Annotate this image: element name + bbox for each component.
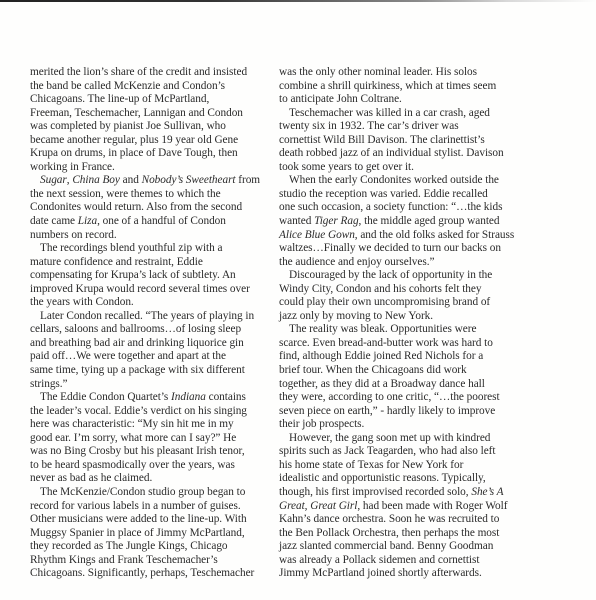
text-run: contains xyxy=(206,391,246,403)
text-run: , had been made with Roger Wolf xyxy=(357,500,507,512)
text-line: could play their own uncompromising bran… xyxy=(279,296,549,310)
text-line: waltzes…Finally we decided to turn our b… xyxy=(279,242,549,256)
text-run: , the middle aged group wanted xyxy=(359,215,500,227)
text-run: from xyxy=(236,174,261,186)
italic-title: Indiana xyxy=(171,391,206,403)
text-line: good ear. I’m sorry, what more can I say… xyxy=(30,432,270,446)
text-run: their job prospects. xyxy=(279,418,364,430)
text-run: Muggsy Spanier in place of Jimmy McPartl… xyxy=(30,527,245,539)
text-run: the next session, were themes to which t… xyxy=(30,188,221,200)
text-run: When the early Condonites worked outside… xyxy=(289,174,499,186)
text-line: Kahn’s dance orchestra. Soon he was recr… xyxy=(279,513,549,527)
text-line: mature confidence and restraint, Eddie xyxy=(30,256,270,270)
text-line: to be heard spasmodically over the years… xyxy=(30,459,270,473)
text-line: The reality was bleak. Opportunities wer… xyxy=(279,323,549,337)
paragraph: However, the gang soon met up with kindr… xyxy=(279,432,549,581)
text-column-right: was the only other nominal leader. His s… xyxy=(279,66,549,581)
text-line: the leader’s vocal. Eddie’s verdict on h… xyxy=(30,405,270,419)
text-run: strings.” xyxy=(30,378,68,390)
text-run: jazz only by moving to New York. xyxy=(279,310,433,322)
paragraph: merited the lion’s share of the credit a… xyxy=(30,66,270,174)
text-column-left: merited the lion’s share of the credit a… xyxy=(30,66,270,581)
text-line: merited the lion’s share of the credit a… xyxy=(30,66,270,80)
text-line: was no Bing Crosby but his pleasant Iris… xyxy=(30,445,270,459)
text-run: here was characteristic: “My sin hit me … xyxy=(30,418,234,430)
paragraph: Discouraged by the lack of opportunity i… xyxy=(279,269,549,323)
text-line: Great, Great Girl, had been made with Ro… xyxy=(279,500,549,514)
text-line: Chicagoans. The line-up of McPartland, xyxy=(30,93,270,107)
text-line: Krupa on drums, in place of Dave Tough, … xyxy=(30,147,270,161)
italic-title: Nobody’s Sweetheart xyxy=(142,174,236,186)
text-run: find, although Eddie joined Red Nichols … xyxy=(279,350,483,362)
text-line: Other musicians were added to the line-u… xyxy=(30,513,270,527)
text-line: jazz only by moving to New York. xyxy=(279,310,549,324)
text-line: one such occasion, a society function: “… xyxy=(279,201,549,215)
text-run: Later Condon recalled. “The years of pla… xyxy=(40,310,254,322)
text-run: they recorded as The Jungle Kings, Chica… xyxy=(30,540,228,552)
text-line: Freeman, Teschemacher, Lannigan and Cond… xyxy=(30,107,270,121)
paragraph: Later Condon recalled. “The years of pla… xyxy=(30,310,270,391)
text-line: jazz slanted commercial band. Benny Good… xyxy=(279,540,549,554)
text-line: never as bad as he claimed. xyxy=(30,472,270,486)
text-line: working in France. xyxy=(30,161,270,175)
text-run: The reality was bleak. Opportunities wer… xyxy=(289,323,476,335)
paragraph: Sugar, China Boy and Nobody’s Sweetheart… xyxy=(30,174,270,242)
text-line: The McKenzie/Condon studio group began t… xyxy=(30,486,270,500)
text-run: paid off…We were together and apart at t… xyxy=(30,350,226,362)
text-run: Condonites would return. Also from the s… xyxy=(30,201,242,213)
text-run: his home state of Texas for New York for xyxy=(279,459,463,471)
text-run: Rhythm Kings and Frank Teschemacher’s xyxy=(30,554,218,566)
paragraph: When the early Condonites worked outside… xyxy=(279,174,549,269)
text-run: compensating for Krupa’s lack of subtlet… xyxy=(30,269,236,281)
text-line: spirits such as Jack Teagarden, who had … xyxy=(279,445,549,459)
text-run: The Eddie Condon Quartet’s xyxy=(40,391,171,403)
text-line: Windy City, Condon and his cohorts felt … xyxy=(279,283,549,297)
text-run: merited the lion’s share of the credit a… xyxy=(30,66,247,78)
text-run: Discouraged by the lack of opportunity i… xyxy=(289,269,492,281)
text-line: brief tour. When the Chicagoans did work xyxy=(279,364,549,378)
italic-title: Sugar xyxy=(40,174,67,186)
text-line: idealistic and opportunistic reasons. Ty… xyxy=(279,472,549,486)
text-line: combine a shrill quirkiness, which at ti… xyxy=(279,80,549,94)
text-line: here was characteristic: “My sin hit me … xyxy=(30,418,270,432)
text-line: However, the gang soon met up with kindr… xyxy=(279,432,549,446)
text-line: cellars, saloons and ballrooms…of losing… xyxy=(30,323,270,337)
text-line: the next session, were themes to which t… xyxy=(30,188,270,202)
text-run: The McKenzie/Condon studio group began t… xyxy=(40,486,245,498)
paragraph: was the only other nominal leader. His s… xyxy=(279,66,549,107)
text-line: they recorded as The Jungle Kings, Chica… xyxy=(30,540,270,554)
text-run: cellars, saloons and ballrooms…of losing… xyxy=(30,323,241,335)
text-run: they were, according to one critic, “…th… xyxy=(279,391,500,403)
text-run: Krupa on drums, in place of Dave Tough, … xyxy=(30,147,238,159)
text-line: find, although Eddie joined Red Nichols … xyxy=(279,350,549,364)
text-run: Jimmy McPartland joined shortly afterwar… xyxy=(279,567,482,579)
paragraph: The reality was bleak. Opportunities wer… xyxy=(279,323,549,431)
text-run: scarce. Even bread-and-butter work was h… xyxy=(279,337,493,349)
text-line: numbers on record. xyxy=(30,229,270,243)
text-line: cornettist Wild Bill Davison. The clarin… xyxy=(279,134,549,148)
text-run: , and the old folks asked for Strauss xyxy=(355,229,514,241)
text-line: Later Condon recalled. “The years of pla… xyxy=(30,310,270,324)
text-line: Discouraged by the lack of opportunity i… xyxy=(279,269,549,283)
text-run: Teschemacher was killed in a car crash, … xyxy=(289,107,490,119)
text-run: together, as they did at a Broadway danc… xyxy=(279,378,485,390)
text-line: Jimmy McPartland joined shortly afterwar… xyxy=(279,567,549,581)
text-run: was already a Pollack sidemen and cornet… xyxy=(279,554,479,566)
italic-title: Tiger Rag xyxy=(314,215,358,227)
text-line: though, his first improvised recorded so… xyxy=(279,486,549,500)
text-run: , one of a handful of Condon xyxy=(97,215,226,227)
text-run: improved Krupa would record several time… xyxy=(30,283,250,295)
text-line: compensating for Krupa’s lack of subtlet… xyxy=(30,269,270,283)
italic-title: She’s A xyxy=(471,486,503,498)
text-run: combine a shrill quirkiness, which at ti… xyxy=(279,80,496,92)
text-run: and breathing bad air and drinking liquo… xyxy=(30,337,244,349)
text-line: to anticipate John Coltrane. xyxy=(279,93,549,107)
paragraph: The McKenzie/Condon studio group began t… xyxy=(30,486,270,581)
text-run: mature confidence and restraint, Eddie xyxy=(30,256,203,268)
text-line: the band be called McKenzie and Condon’s xyxy=(30,80,270,94)
text-run: However, the gang soon met up with kindr… xyxy=(289,432,490,444)
text-run: waltzes…Finally we decided to turn our b… xyxy=(279,242,501,254)
text-line: the years with Condon. xyxy=(30,296,270,310)
text-run: jazz slanted commercial band. Benny Good… xyxy=(279,540,493,552)
paragraph: The Eddie Condon Quartet’s Indiana conta… xyxy=(30,391,270,486)
text-line: and breathing bad air and drinking liquo… xyxy=(30,337,270,351)
text-run: to anticipate John Coltrane. xyxy=(279,93,402,105)
text-line: his home state of Texas for New York for xyxy=(279,459,549,473)
text-line: Alice Blue Gown, and the old folks asked… xyxy=(279,229,549,243)
text-line: was already a Pollack sidemen and cornet… xyxy=(279,554,549,568)
italic-title: China Boy xyxy=(72,174,120,186)
text-run: The recordings blend youthful zip with a xyxy=(40,242,222,254)
text-run: the audience and enjoy ourselves.” xyxy=(279,256,434,268)
text-line: same time, tying up a package with six d… xyxy=(30,364,270,378)
text-run: record for various labels in a number of… xyxy=(30,500,241,512)
text-run: Chicagoans. Significantly, perhaps, Tesc… xyxy=(30,567,254,579)
text-line: studio the reception was varied. Eddie r… xyxy=(279,188,549,202)
text-line: date came Liza, one of a handful of Cond… xyxy=(30,215,270,229)
text-run: idealistic and opportunistic reasons. Ty… xyxy=(279,472,486,484)
text-run: Chicagoans. The line-up of McPartland, xyxy=(30,93,209,105)
text-run: wanted xyxy=(279,215,314,227)
text-run: became another regular, plus 19 year old… xyxy=(30,134,238,146)
text-run: spirits such as Jack Teagarden, who had … xyxy=(279,445,495,457)
text-line: The recordings blend youthful zip with a xyxy=(30,242,270,256)
text-run: the Ben Pollack Orchestra, then perhaps … xyxy=(279,527,499,539)
text-run: same time, tying up a package with six d… xyxy=(30,364,245,376)
text-line: together, as they did at a Broadway danc… xyxy=(279,378,549,392)
text-line: Chicagoans. Significantly, perhaps, Tesc… xyxy=(30,567,270,581)
text-line: was completed by pianist Joe Sullivan, w… xyxy=(30,120,270,134)
text-run: date came xyxy=(30,215,78,227)
text-run: brief tour. When the Chicagoans did work xyxy=(279,364,467,376)
text-run: Other musicians were added to the line-u… xyxy=(30,513,247,525)
text-line: record for various labels in a number of… xyxy=(30,500,270,514)
text-run: studio the reception was varied. Eddie r… xyxy=(279,188,488,200)
text-run: working in France. xyxy=(30,161,115,173)
text-line: paid off…We were together and apart at t… xyxy=(30,350,270,364)
text-run: seven piece on earth,” - hardly likely t… xyxy=(279,405,495,417)
text-run: twenty six in 1932. The car’s driver was xyxy=(279,120,459,132)
text-line: strings.” xyxy=(30,378,270,392)
italic-title: Alice Blue Gown xyxy=(279,229,355,241)
text-line: When the early Condonites worked outside… xyxy=(279,174,549,188)
text-run: Kahn’s dance orchestra. Soon he was recr… xyxy=(279,513,499,525)
text-run: though, his first improvised recorded so… xyxy=(279,486,471,498)
text-line: the Ben Pollack Orchestra, then perhaps … xyxy=(279,527,549,541)
text-run: death robbed jazz of an individual styli… xyxy=(279,147,504,159)
paragraph: Teschemacher was killed in a car crash, … xyxy=(279,107,549,175)
text-run: good ear. I’m sorry, what more can I say… xyxy=(30,432,236,444)
text-line: their job prospects. xyxy=(279,418,549,432)
text-run: numbers on record. xyxy=(30,229,117,241)
text-line: Muggsy Spanier in place of Jimmy McPartl… xyxy=(30,527,270,541)
text-line: twenty six in 1932. The car’s driver was xyxy=(279,120,549,134)
text-run: could play their own uncompromising bran… xyxy=(279,296,490,308)
italic-title: Liza xyxy=(78,215,97,227)
text-run: to be heard spasmodically over the years… xyxy=(30,459,235,471)
text-run: the leader’s vocal. Eddie’s verdict on h… xyxy=(30,405,247,417)
text-run: and xyxy=(120,174,142,186)
text-line: death robbed jazz of an individual styli… xyxy=(279,147,549,161)
text-line: they were, according to one critic, “…th… xyxy=(279,391,549,405)
scan-top-edge xyxy=(0,0,596,2)
text-line: Teschemacher was killed in a car crash, … xyxy=(279,107,549,121)
text-run: cornettist Wild Bill Davison. The clarin… xyxy=(279,134,485,146)
text-run: was the only other nominal leader. His s… xyxy=(279,66,477,78)
text-line: the audience and enjoy ourselves.” xyxy=(279,256,549,270)
text-line: scarce. Even bread-and-butter work was h… xyxy=(279,337,549,351)
text-run: Freeman, Teschemacher, Lannigan and Cond… xyxy=(30,107,243,119)
text-line: seven piece on earth,” - hardly likely t… xyxy=(279,405,549,419)
text-line: wanted Tiger Rag, the middle aged group … xyxy=(279,215,549,229)
text-run: the band be called McKenzie and Condon’s xyxy=(30,80,225,92)
paragraph: The recordings blend youthful zip with a… xyxy=(30,242,270,310)
italic-title: Great, Great Girl xyxy=(279,500,357,512)
text-line: was the only other nominal leader. His s… xyxy=(279,66,549,80)
text-run: one such occasion, a society function: “… xyxy=(279,201,502,213)
text-line: The Eddie Condon Quartet’s Indiana conta… xyxy=(30,391,270,405)
text-run: took some years to get over it. xyxy=(279,161,414,173)
text-run: Windy City, Condon and his cohorts felt … xyxy=(279,283,481,295)
text-run: was completed by pianist Joe Sullivan, w… xyxy=(30,120,226,132)
text-line: Condonites would return. Also from the s… xyxy=(30,201,270,215)
text-line: Sugar, China Boy and Nobody’s Sweetheart… xyxy=(30,174,270,188)
text-run: never as bad as he claimed. xyxy=(30,472,152,484)
text-run: was no Bing Crosby but his pleasant Iris… xyxy=(30,445,245,457)
text-line: took some years to get over it. xyxy=(279,161,549,175)
text-run: the years with Condon. xyxy=(30,296,134,308)
text-line: improved Krupa would record several time… xyxy=(30,283,270,297)
text-line: became another regular, plus 19 year old… xyxy=(30,134,270,148)
text-line: Rhythm Kings and Frank Teschemacher’s xyxy=(30,554,270,568)
